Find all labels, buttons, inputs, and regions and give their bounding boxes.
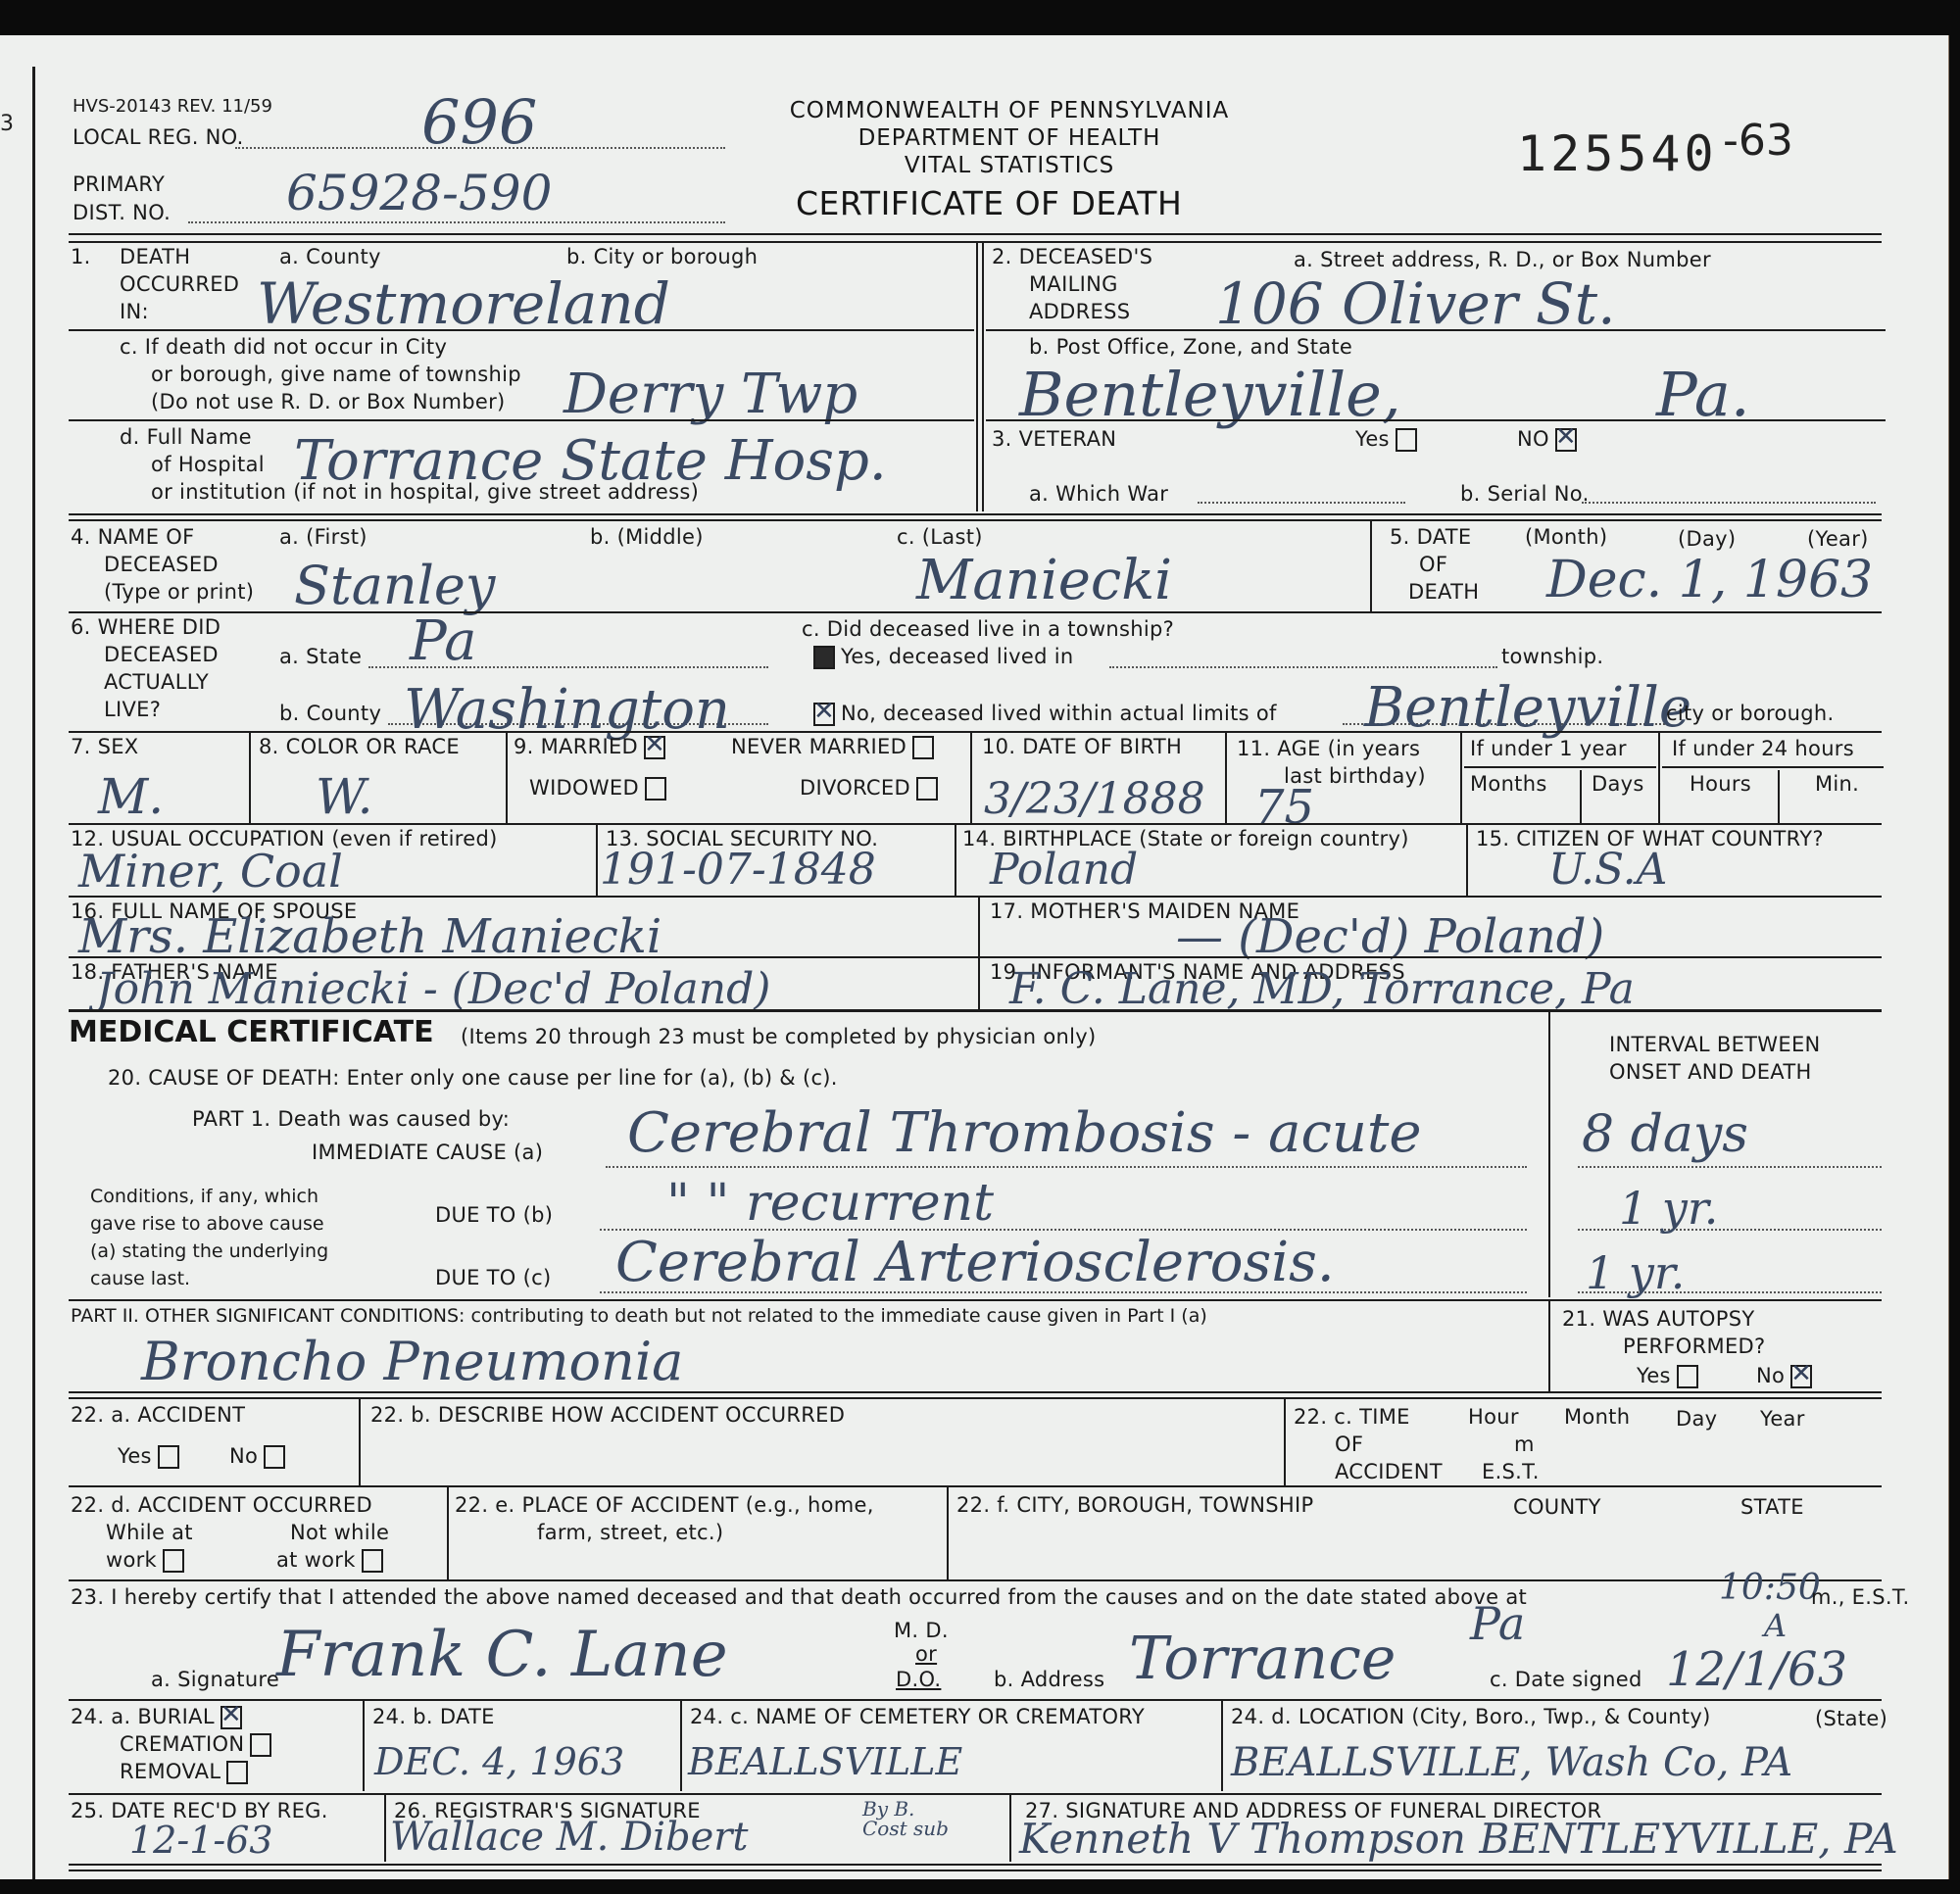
middle-label: b. (Middle): [590, 525, 704, 549]
est-label: E.S.T.: [1482, 1460, 1540, 1483]
s18-divider: [978, 958, 980, 1009]
hours-label: Hours: [1690, 772, 1751, 796]
interval-label-2: ONSET AND DEATH: [1609, 1060, 1812, 1084]
s12-divider: [596, 825, 598, 898]
date-received-value[interactable]: 12-1-63: [129, 1819, 273, 1862]
form-id: HVS-20143 REV. 11/59: [73, 96, 272, 117]
part2-value[interactable]: Broncho Pneumonia: [141, 1331, 683, 1392]
township-label-3: (Do not use R. D. or Box Number): [151, 390, 506, 413]
citizen-value[interactable]: U.S.A: [1548, 845, 1667, 895]
age-label-1: 11. AGE (in years: [1237, 737, 1420, 760]
not-while-at-work[interactable]: at work: [276, 1548, 383, 1573]
burial-option[interactable]: 24. a. BURIAL: [71, 1705, 242, 1729]
s2-rule-1: [986, 329, 1886, 331]
month-label: (Month): [1525, 525, 1607, 549]
first-name-value[interactable]: Stanley: [294, 555, 495, 616]
rule-after-s23: [69, 1699, 1882, 1701]
township-suffix: township.: [1501, 645, 1603, 668]
residence-county-label: b. County: [279, 702, 381, 725]
immediate-cause-label: IMMEDIATE CAUSE (a): [312, 1141, 543, 1164]
am-pm-value[interactable]: A: [1764, 1607, 1787, 1644]
place-of-accident-label-1: 22. e. PLACE OF ACCIDENT (e.g., home,: [455, 1493, 874, 1517]
s22d-divider: [447, 1487, 449, 1579]
veteran-label: 3. VETERAN: [992, 427, 1116, 451]
s24c-divider: [1221, 1701, 1223, 1791]
never-married-option[interactable]: NEVER MARRIED: [731, 735, 934, 759]
father-value[interactable]: John Maniecki - (Dec'd Poland): [96, 964, 770, 1014]
due-to-c-label: DUE TO (c): [435, 1266, 551, 1289]
or-label: or: [915, 1642, 937, 1666]
s5-label-1: 5. DATE: [1390, 525, 1471, 549]
married-checkbox[interactable]: [644, 736, 665, 759]
last-label: c. (Last): [897, 525, 983, 549]
veteran-no-checkbox[interactable]: [1555, 428, 1577, 452]
certificate-suffix: -63: [1723, 116, 1793, 166]
m-label: m: [1514, 1433, 1535, 1456]
rule-after-s22a: [69, 1485, 1882, 1487]
autopsy-no[interactable]: No: [1756, 1364, 1812, 1388]
conditions-label-2: gave rise to above cause: [90, 1213, 324, 1235]
burial-date-value[interactable]: DEC. 4, 1963: [374, 1740, 624, 1783]
under-1-year-rule: [1464, 766, 1656, 768]
under-24-hours-rule: [1662, 766, 1884, 768]
veteran-yes-checkbox[interactable]: [1396, 428, 1417, 452]
under-1-year-label: If under 1 year: [1470, 737, 1627, 760]
dist-value[interactable]: 65928-590: [286, 165, 552, 221]
date-signed-value[interactable]: 12/1/63: [1666, 1642, 1847, 1697]
certify-statement: 23. I hereby certify that I attended the…: [71, 1585, 1527, 1609]
place-of-accident-label-2: farm, street, etc.): [537, 1521, 723, 1544]
cremation-option[interactable]: CREMATION: [120, 1732, 271, 1757]
part2-label: PART II. OTHER SIGNIFICANT CONDITIONS: c…: [71, 1305, 1207, 1327]
date-of-death-value[interactable]: Dec. 1, 1963: [1546, 551, 1873, 609]
rule-after-s24: [69, 1793, 1882, 1795]
accident-no-checkbox[interactable]: [264, 1445, 285, 1469]
township-yes-line: [1109, 666, 1497, 668]
conditions-label-3: (a) stating the underlying: [90, 1240, 328, 1262]
accident-time-label-3: ACCIDENT: [1335, 1460, 1443, 1483]
immediate-cause-value[interactable]: Cerebral Thrombosis - acute: [627, 1101, 1422, 1165]
street-label: a. Street address, R. D., or Box Number: [1294, 248, 1711, 271]
s11-divider-2: [1658, 733, 1660, 823]
cemetery-label: 24. c. NAME OF CEMETERY OR CREMATORY: [690, 1705, 1145, 1728]
autopsy-yes[interactable]: Yes: [1637, 1364, 1698, 1388]
rule-after-part2-b: [69, 1397, 1882, 1399]
conditions-label-1: Conditions, if any, which: [90, 1186, 318, 1207]
s6-label-4: LIVE?: [104, 698, 161, 721]
race-value[interactable]: W.: [316, 768, 373, 825]
burial-checkbox[interactable]: [220, 1706, 242, 1729]
date-signed-label: c. Date signed: [1490, 1668, 1642, 1691]
s4-label-1: 4. NAME OF: [71, 525, 194, 549]
s14-divider: [1466, 825, 1468, 898]
hospital-label-2: of Hospital: [151, 453, 265, 476]
interval-divider: [1548, 1011, 1550, 1297]
accident-yes[interactable]: Yes: [118, 1444, 179, 1469]
dob-value[interactable]: 3/23/1888: [984, 774, 1205, 824]
county-value[interactable]: Westmoreland: [257, 270, 670, 337]
city-label: b. City or borough: [566, 245, 758, 268]
under-24-hours-label: If under 24 hours: [1672, 737, 1854, 760]
agency-line-3: VITAL STATISTICS: [745, 153, 1274, 178]
sex-label: 7. SEX: [71, 735, 139, 758]
s1-label-2: OCCURRED: [120, 272, 239, 296]
s1-label-1: DEATH: [120, 245, 190, 268]
autopsy-yes-checkbox[interactable]: [1677, 1365, 1698, 1388]
burial-state-label: (State): [1815, 1707, 1887, 1730]
accident-no[interactable]: No: [229, 1444, 285, 1469]
local-reg-label: LOCAL REG. NO.: [73, 125, 244, 149]
rule-before-s4-b: [69, 519, 1882, 521]
accident-describe-label: 22. b. DESCRIBE HOW ACCIDENT OCCURRED: [370, 1403, 845, 1427]
accident-time-label-1: 22. c. TIME: [1294, 1405, 1410, 1429]
s1-rule-1: [69, 329, 974, 331]
due-to-c-value[interactable]: Cerebral Arteriosclerosis.: [615, 1231, 1335, 1294]
informant-value[interactable]: F. C. Lane, MD, Torrance, Pa: [1009, 964, 1635, 1014]
accident-day-label: Day: [1676, 1407, 1717, 1431]
year-label: (Year): [1807, 527, 1869, 551]
removal-checkbox[interactable]: [226, 1761, 248, 1784]
hours-min-divider: [1778, 770, 1780, 823]
township-yes-checkbox[interactable]: [813, 646, 835, 669]
s25-divider: [384, 1795, 386, 1862]
s2-label-1: 2. DECEASED'S: [992, 245, 1152, 268]
hour-label: Hour: [1468, 1405, 1519, 1429]
interval-label-1: INTERVAL BETWEEN: [1609, 1033, 1821, 1056]
header-rule-1: [69, 233, 1882, 235]
divorced-option[interactable]: DIVORCED: [800, 776, 938, 801]
due-to-b-interval-value[interactable]: 1 yr.: [1619, 1182, 1718, 1235]
address-label: b. Address: [994, 1668, 1104, 1691]
burial-date-label: 24. b. DATE: [372, 1705, 495, 1728]
while-at-work[interactable]: work: [106, 1548, 184, 1573]
bottom-rule-2: [69, 1870, 1882, 1871]
county-label: a. County: [279, 245, 381, 268]
s13-divider: [955, 825, 956, 898]
war-line: [1198, 502, 1405, 504]
s9-divider: [970, 733, 972, 823]
s24b-divider: [680, 1701, 682, 1791]
months-label: Months: [1470, 772, 1547, 796]
s2-label-2: MAILING: [1029, 272, 1118, 296]
s2-label-3: ADDRESS: [1029, 300, 1130, 323]
occupation-value[interactable]: Miner, Coal: [78, 845, 343, 898]
s4-s5-divider: [1370, 521, 1372, 611]
dist-label: DIST. NO.: [73, 201, 171, 224]
residence-state-label: a. State: [279, 645, 362, 668]
autopsy-no-checkbox[interactable]: [1790, 1365, 1812, 1388]
rule-after-s12: [69, 896, 1882, 898]
s1-num: 1.: [71, 245, 91, 268]
accident-state-label: STATE: [1740, 1495, 1804, 1519]
agency-line-1: COMMONWEALTH OF PENNSYLVANIA: [745, 98, 1274, 123]
s1-rule-2: [69, 419, 974, 421]
township-no-checkbox[interactable]: [813, 703, 835, 726]
months-days-divider: [1580, 770, 1582, 823]
township-label-1: c. If death did not occur in City: [120, 335, 447, 359]
min-label: Min.: [1815, 772, 1859, 796]
left-margin-rule: [32, 67, 35, 1879]
widowed-checkbox[interactable]: [645, 777, 666, 801]
accident-time-label-2: OF: [1335, 1433, 1363, 1456]
first-label: a. (First): [279, 525, 367, 549]
time-suffix: m., E.S.T.: [1811, 1585, 1909, 1609]
residence-state-value[interactable]: Pa: [410, 609, 477, 673]
accident-label: 22. a. ACCIDENT: [71, 1403, 245, 1427]
s7-divider: [249, 733, 251, 823]
rule-after-s4: [69, 611, 1882, 613]
physician-address-state[interactable]: Pa: [1470, 1597, 1525, 1650]
due-to-b-value[interactable]: " " recurrent: [666, 1174, 994, 1233]
s10-divider: [1225, 733, 1227, 823]
autopsy-label-2: PERFORMED?: [1623, 1335, 1765, 1358]
s22e-divider: [947, 1487, 949, 1579]
registrar-sub-note: By B. Cost sub: [862, 1799, 960, 1838]
md-label: M. D.: [894, 1619, 949, 1642]
serial-line: [1582, 502, 1876, 504]
married-option[interactable]: 9. MARRIED: [514, 735, 665, 759]
township-question: c. Did deceased live in a township?: [802, 617, 1174, 641]
accident-city-label: 22. f. CITY, BOROUGH, TOWNSHIP: [956, 1493, 1313, 1517]
s5-label-2: OF: [1419, 553, 1447, 576]
removal-option[interactable]: REMOVAL: [120, 1760, 248, 1784]
divorced-checkbox[interactable]: [916, 777, 938, 801]
s6-label-2: DECEASED: [104, 643, 219, 666]
primary-label: PRIMARY: [73, 172, 165, 196]
last-name-value[interactable]: Maniecki: [916, 549, 1172, 612]
township-yes[interactable]: Yes, deceased lived in: [813, 645, 1073, 669]
s6-label-1: 6. WHERE DID: [71, 615, 220, 639]
township-label-2: or borough, give name of township: [151, 363, 521, 386]
s8-divider: [506, 733, 508, 823]
local-reg-value[interactable]: 696: [421, 86, 537, 158]
cemetery-value[interactable]: BEALLSVILLE: [688, 1740, 962, 1783]
due-to-b-label: DUE TO (b): [435, 1203, 553, 1227]
agency-line-2: DEPARTMENT OF HEALTH: [745, 125, 1274, 151]
birthplace-value[interactable]: Poland: [990, 845, 1138, 895]
war-label: a. Which War: [1029, 482, 1168, 506]
widowed-option[interactable]: WIDOWED: [529, 776, 666, 801]
due-to-c-interval-value[interactable]: 1 yr.: [1586, 1246, 1685, 1299]
immediate-interval-value[interactable]: 8 days: [1582, 1105, 1748, 1164]
part1-label: PART 1. Death was caused by:: [192, 1107, 510, 1131]
rule-before-s4-a: [69, 513, 1882, 515]
accident-occurred-label: 22. d. ACCIDENT OCCURRED: [71, 1493, 372, 1517]
sex-value[interactable]: M.: [98, 768, 164, 825]
township-value[interactable]: Derry Twp: [563, 363, 857, 426]
while-at-label: While at: [106, 1521, 193, 1544]
s5-label-3: DEATH: [1408, 580, 1479, 604]
rule-before-part2: [69, 1299, 1882, 1301]
while-at-work-checkbox[interactable]: [163, 1549, 184, 1573]
dist-line: [188, 221, 725, 223]
post-label: b. Post Office, Zone, and State: [1029, 335, 1352, 359]
registrar-signature[interactable]: Wallace M. Dibert: [390, 1815, 748, 1860]
not-while-label: Not while: [290, 1521, 389, 1544]
township-no[interactable]: No, deceased lived within actual limits …: [813, 702, 1277, 726]
s22b-divider: [1284, 1399, 1286, 1485]
accident-month-label: Month: [1564, 1405, 1630, 1429]
signature-label: a. Signature: [151, 1668, 279, 1691]
s2-rule-2: [986, 419, 1886, 421]
s26-divider: [1009, 1795, 1011, 1862]
hospital-value[interactable]: Torrance State Hosp.: [294, 429, 887, 493]
immediate-interval-line: [1578, 1166, 1882, 1168]
s1-s2-divider-b: [982, 243, 984, 511]
day-label: (Day): [1678, 527, 1736, 551]
race-label: 8. COLOR OR RACE: [259, 735, 460, 758]
certificate-number: 125540: [1517, 125, 1718, 182]
s1-s2-divider-a: [976, 243, 978, 511]
never-married-checkbox[interactable]: [912, 736, 934, 759]
rule-after-s7: [69, 823, 1882, 825]
city-suffix: city or borough.: [1666, 702, 1835, 725]
hospital-label-1: d. Full Name: [120, 425, 252, 449]
time-of-death-value[interactable]: 10:50: [1719, 1568, 1821, 1608]
edge-mark: 3: [0, 112, 14, 136]
s22a-divider: [359, 1399, 361, 1485]
s4-label-3: (Type or print): [104, 580, 254, 604]
s11-divider-1: [1460, 733, 1462, 823]
accident-year-label: Year: [1760, 1407, 1805, 1431]
cause-of-death-label: 20. CAUSE OF DEATH: Enter only one cause…: [108, 1066, 838, 1090]
header-rule-2: [69, 241, 1882, 243]
part2-divider: [1548, 1301, 1550, 1391]
s1-label-3: IN:: [120, 300, 149, 323]
physician-address-value[interactable]: Torrance: [1129, 1625, 1396, 1693]
immediate-cause-line: [606, 1166, 1527, 1168]
days-label: Days: [1592, 772, 1644, 796]
burial-location-label: 24. d. LOCATION (City, Boro., Twp., & Co…: [1231, 1705, 1711, 1728]
medical-title: MEDICAL CERTIFICATE: [69, 1015, 434, 1049]
conditions-label-4: cause last.: [90, 1268, 190, 1289]
veteran-no[interactable]: NO: [1517, 427, 1577, 452]
rule-after-part2-a: [69, 1391, 1882, 1393]
burial-location-value[interactable]: BEALLSVILLE, Wash Co, PA: [1231, 1740, 1792, 1785]
do-label: D.O.: [896, 1668, 941, 1691]
medical-subtitle: (Items 20 through 23 must be completed b…: [461, 1025, 1096, 1048]
rule-before-medical: [69, 1009, 1882, 1012]
bottom-rule-1: [69, 1864, 1882, 1866]
rule-after-s6: [69, 731, 1882, 733]
cremation-checkbox[interactable]: [250, 1733, 271, 1757]
accident-county-label: COUNTY: [1513, 1495, 1601, 1519]
s4-label-2: DECEASED: [104, 553, 219, 576]
not-while-at-work-checkbox[interactable]: [362, 1549, 383, 1573]
ssn-value[interactable]: 191-07-1848: [600, 845, 876, 895]
s6-label-3: ACTUALLY: [104, 670, 209, 694]
s16-divider: [978, 898, 980, 956]
autopsy-label-1: 21. WAS AUTOPSY: [1562, 1307, 1754, 1331]
dob-label: 10. DATE OF BIRTH: [982, 735, 1182, 758]
funeral-director-value[interactable]: Kenneth V Thompson BENTLEYVILLE, PA: [1019, 1815, 1898, 1863]
physician-signature[interactable]: Frank C. Lane: [276, 1619, 728, 1691]
veteran-yes[interactable]: Yes: [1355, 427, 1417, 452]
page-title: CERTIFICATE OF DEATH: [796, 184, 1182, 222]
rule-after-s16: [69, 956, 1882, 958]
rule-after-s22d: [69, 1579, 1882, 1581]
street-value[interactable]: 106 Oliver St.: [1215, 270, 1616, 337]
s24a-divider: [363, 1701, 365, 1791]
accident-yes-checkbox[interactable]: [158, 1445, 179, 1469]
serial-label: b. Serial No.: [1460, 482, 1590, 506]
